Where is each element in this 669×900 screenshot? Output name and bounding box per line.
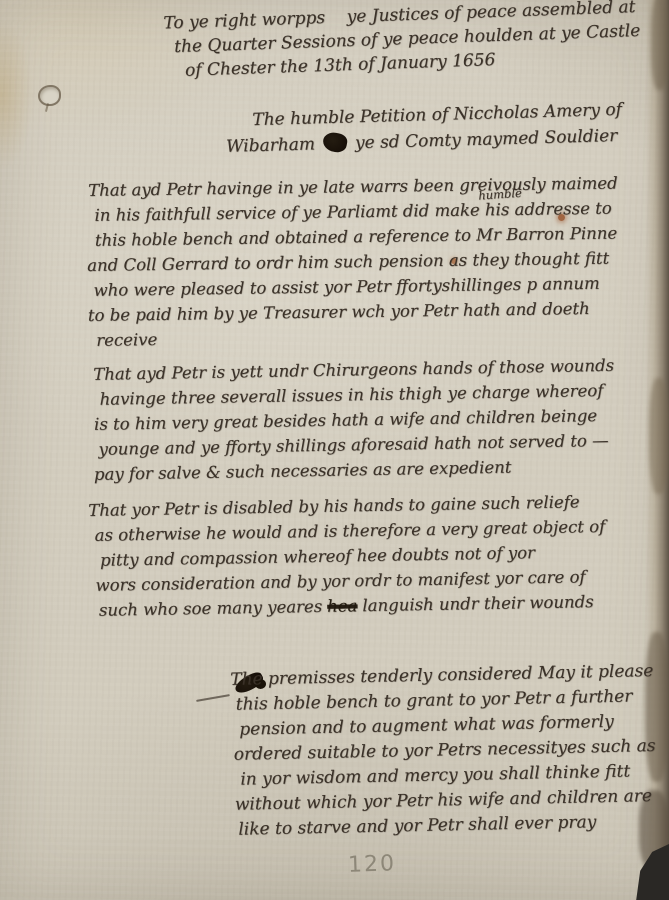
manuscript-text: languish undr their wounds [362, 592, 594, 615]
scan-backing-corner [629, 844, 669, 900]
prayer-block: The premisses tenderly considered May it… [224, 659, 657, 843]
paper-hole [38, 85, 61, 106]
clause-2-block: That ayd Petr is yett undr Chirurgeons h… [88, 353, 616, 487]
ink-blot [321, 131, 348, 154]
manuscript-text: ye sd Comty maymed Souldier [355, 126, 618, 153]
petition-title-block: The humble Petition of Niccholas Amery o… [222, 97, 623, 160]
edge-stain [649, 378, 669, 494]
manuscript-text: Wibarham [226, 134, 315, 156]
interlinear-insertion: humble [478, 186, 522, 203]
struck-through-word: hea [327, 596, 358, 616]
manuscript-page: To ye right worpps ye Justices of peace … [0, 0, 669, 900]
manuscript-text: such who soe many yeares [99, 597, 323, 620]
edge-stain [651, 0, 669, 90]
folio-number-pencil: 120 [348, 851, 397, 878]
paper-hole-tail [45, 103, 49, 112]
salutation-block: To ye right worpps ye Justices of peace … [150, 0, 641, 84]
clause-1-block: humble That ayd Petr havinge in ye late … [84, 171, 620, 353]
clause-3-block: That yor Petr is disabled by his hands t… [86, 489, 607, 623]
